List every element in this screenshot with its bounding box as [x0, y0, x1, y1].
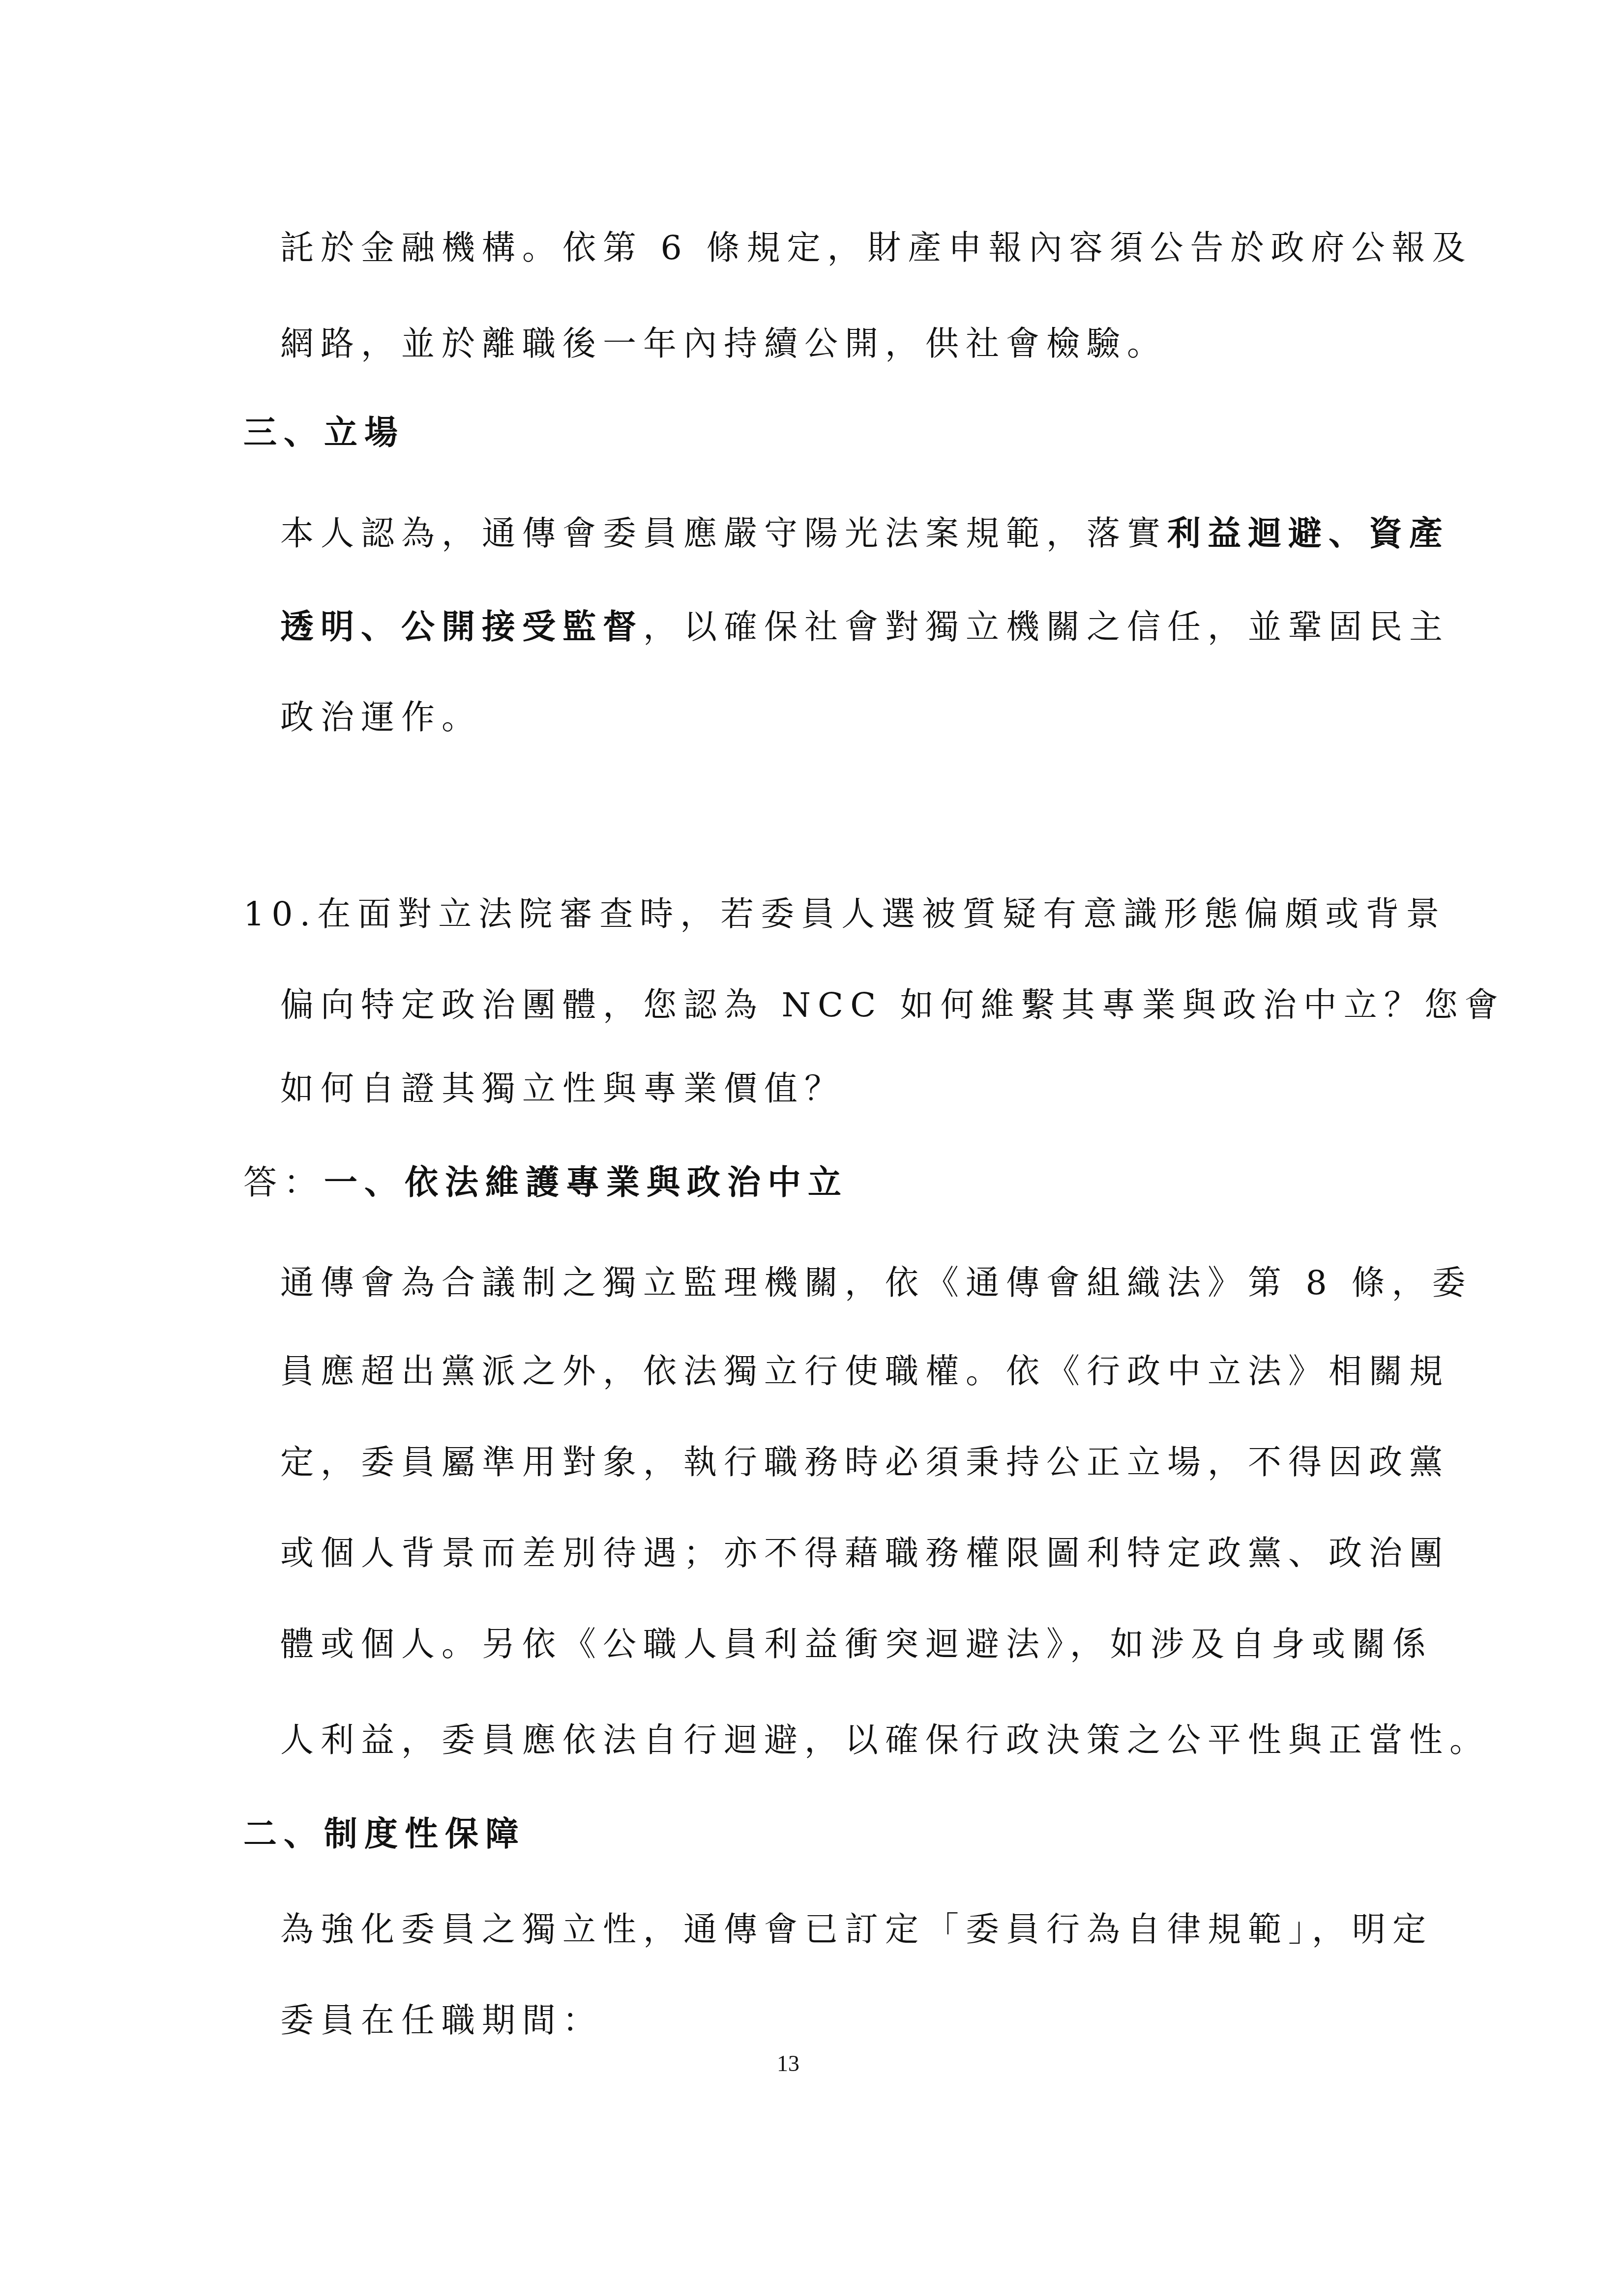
page-number: 13 [777, 2050, 799, 2076]
body-text-line: 員應超出黨派之外，依法獨立行使職權。依《行政中立法》相關規 [280, 1347, 1449, 1396]
section-heading-safeguards: 二、制度性保障 [243, 1809, 526, 1859]
body-text-line: 本人認為，通傳會委員應嚴守陽光法案規範，落實利益迴避、資產 [280, 509, 1449, 559]
answer-section-title: 一、依法維護專業與政治中立 [324, 1163, 848, 1202]
answer-label: 答： [243, 1163, 324, 1202]
body-text-line: 定，委員屬準用對象，執行職務時必須秉持公正立場，不得因政黨 [280, 1438, 1449, 1487]
body-text-line: 或個人背景而差別待遇；亦不得藉職務權限圖利特定政黨、政治團 [280, 1529, 1449, 1578]
bold-emphasis: 透明、公開接受監督 [280, 607, 643, 647]
question-text-line: 10.在面對立法院審查時，若委員人選被質疑有意識形態偏頗或背景 [243, 890, 1446, 939]
answer-heading: 答：一、依法維護專業與政治中立 [243, 1158, 848, 1208]
body-text-line: 人利益，委員應依法自行迴避，以確保行政決策之公平性與正當性。 [280, 1716, 1490, 1765]
body-text-line: 為強化委員之獨立性，通傳會已訂定「委員行為自律規範」，明定 [280, 1905, 1433, 1955]
bold-emphasis: 利益迴避、資產 [1167, 514, 1449, 553]
body-text-line: 網路，並於離職後一年內持續公開，供社會檢驗。 [280, 320, 1167, 369]
body-text-line: 通傳會為合議制之獨立監理機關，依《通傳會組織法》第 8 條，委 [280, 1259, 1473, 1308]
body-text-line: 政治運作。 [280, 693, 482, 742]
text-span: ，以確保社會對獨立機關之信任，並鞏固民主 [643, 608, 1449, 647]
text-span: 本人認為，通傳會委員應嚴守陽光法案規範，落實 [280, 514, 1167, 553]
body-text-line: 託於金融機構。依第 6 條規定，財產申報內容須公告於政府公報及 [280, 224, 1473, 273]
body-text-line: 透明、公開接受監督，以確保社會對獨立機關之信任，並鞏固民主 [280, 602, 1449, 652]
body-text-line: 體或個人。另依《公職人員利益衝突迴避法》，如涉及自身或關係 [280, 1620, 1433, 1669]
question-text-line: 如何自證其獨立性與專業價值？ [280, 1065, 845, 1114]
body-text-line: 委員在任職期間： [280, 1996, 603, 2046]
section-heading-position: 三、立場 [243, 408, 405, 457]
question-text-line: 偏向特定政治團體，您認為 NCC 如何維繫其專業與政治中立？您會 [280, 981, 1505, 1030]
